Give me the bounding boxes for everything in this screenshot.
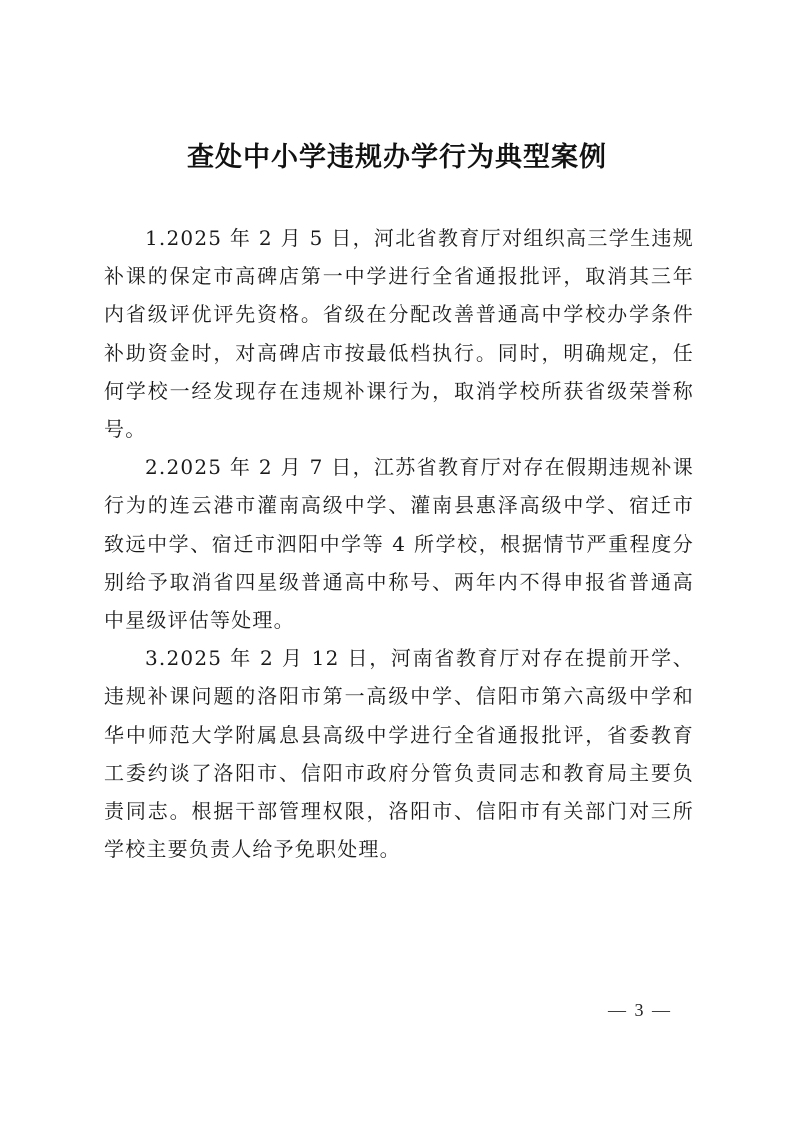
document-body: 1.2025 年 2 月 5 日，河北省教育厅对组织高三学生违规补课的保定市高碑…: [104, 219, 694, 868]
document-title: 查处中小学违规办学行为典型案例: [0, 138, 794, 178]
document-page: 查处中小学违规办学行为典型案例 1.2025 年 2 月 5 日，河北省教育厅对…: [0, 0, 794, 1123]
case-paragraph-1: 1.2025 年 2 月 5 日，河北省教育厅对组织高三学生违规补课的保定市高碑…: [104, 219, 694, 448]
case-paragraph-2: 2.2025 年 2 月 7 日，江苏省教育厅对存在假期违规补课行为的连云港市灌…: [104, 448, 694, 639]
page-number: — 3 —: [608, 1000, 672, 1021]
case-paragraph-3: 3.2025 年 2 月 12 日，河南省教育厅对存在提前开学、违规补课问题的洛…: [104, 639, 694, 868]
